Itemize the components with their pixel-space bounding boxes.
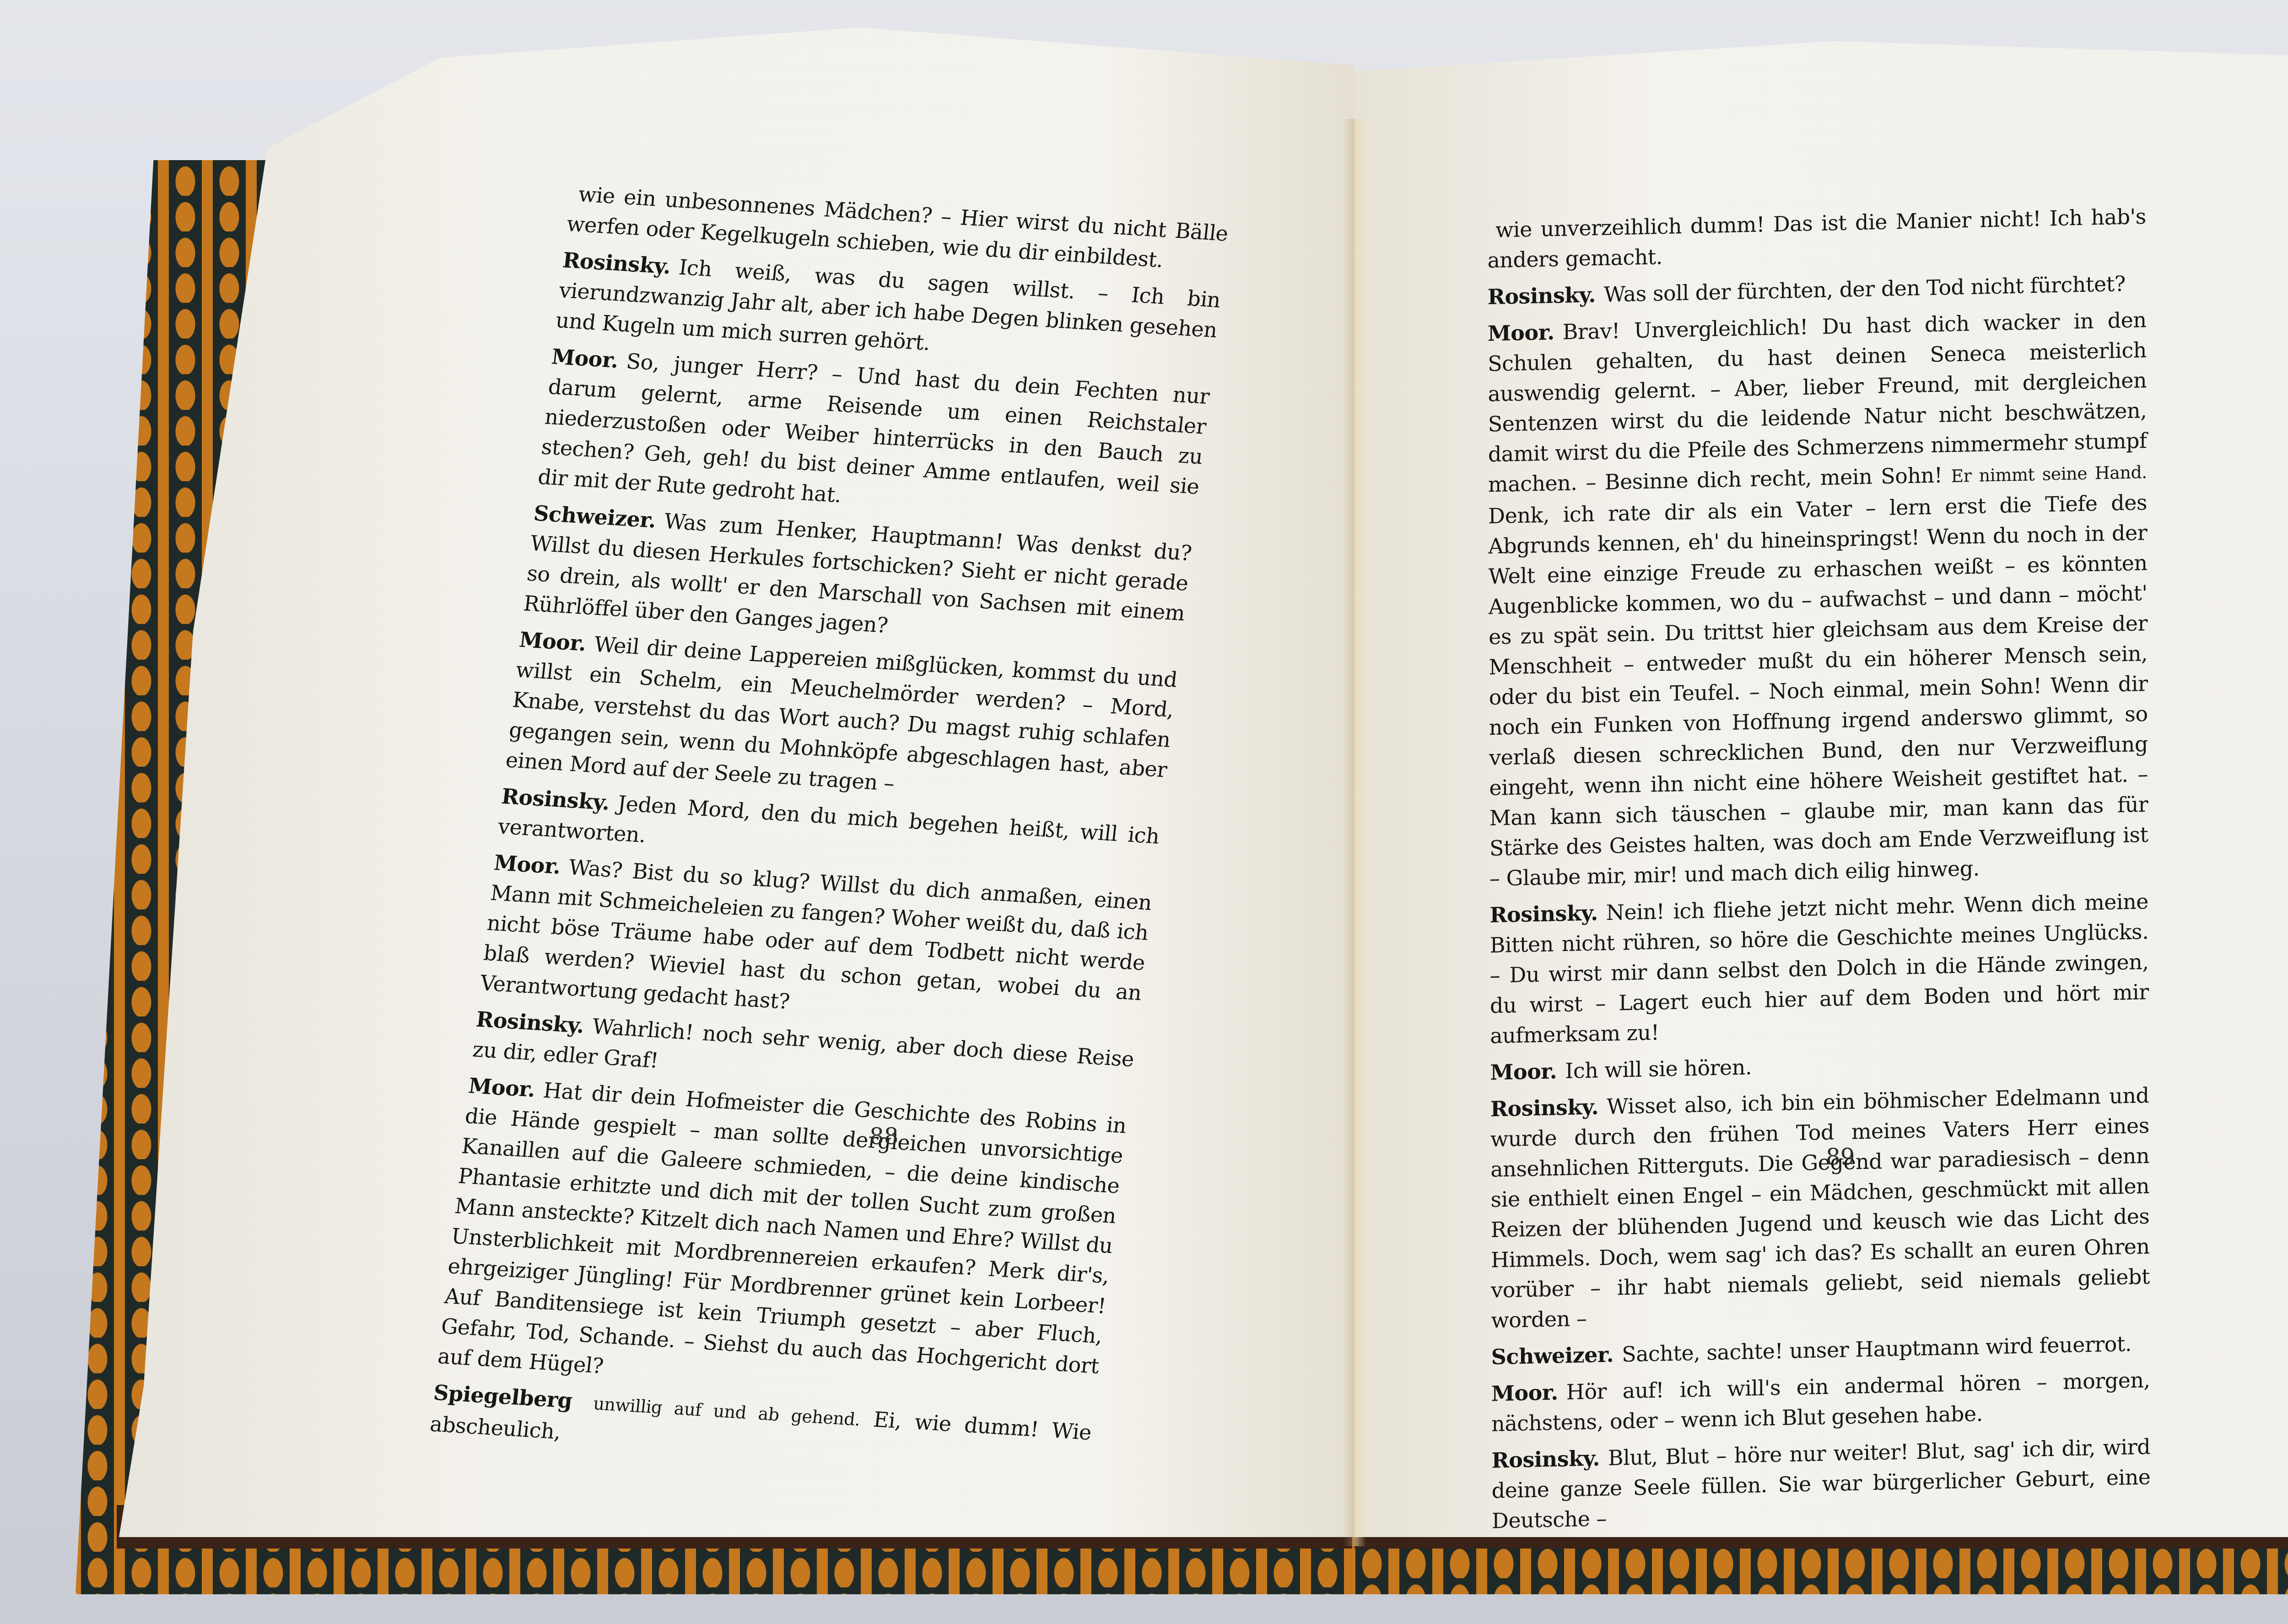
paragraph: Moor.Ich will sie hören. (1490, 1043, 2149, 1087)
paragraph-text: So, junger Herr? – Und hast du dein Fech… (537, 349, 1211, 507)
right-page-text: wie unverzeihlich dumm! Das ist die Mani… (1487, 201, 2151, 1543)
speaker-name: Rosinsky. (475, 1007, 586, 1038)
paragraph-text: Wisset also, ich bin ein böhmischer Edel… (1490, 1083, 2150, 1333)
page-number-right: 89 (1826, 1144, 1855, 1170)
stage-direction: Er nimmt seine Hand. (1951, 462, 2147, 486)
speaker-name: Moor. (518, 627, 588, 656)
paragraph: Moor.So, junger Herr? – Und hast du dein… (536, 341, 1211, 532)
paragraph: Moor.Weil dir deine Lappereien mißglücke… (504, 624, 1179, 815)
speaker-name: Spiegelberg (432, 1380, 574, 1413)
paragraph-text: wie unverzeihlich dumm! Das ist die Mani… (1487, 204, 2146, 273)
paragraph: Rosinsky.Blut, Blut – höre nur weiter! B… (1491, 1431, 2150, 1536)
speaker-name: Rosinsky. (1488, 282, 1596, 309)
speaker-name: Schweizer. (1491, 1342, 1614, 1370)
paragraph: Schweizer.Sachte, sachte! unser Hauptman… (1491, 1328, 2150, 1372)
paragraph: Moor.Brav! Unvergleichlich! Du hast dich… (1488, 305, 2148, 893)
paragraph-text: Ich will sie hören. (1565, 1054, 1752, 1083)
paragraph-text: Weil dir deine Lappereien mißglücken, ko… (504, 632, 1178, 796)
paragraph: Moor.Hör auf! ich will's ein andermal hö… (1491, 1365, 2150, 1439)
speaker-name: Rosinsky. (1490, 1094, 1599, 1121)
speaker-name: Moor. (1488, 320, 1554, 346)
paragraph-text: Hat dir dein Hofmeister die Geschichte d… (437, 1078, 1128, 1378)
stage-direction: unwillig auf und ab gehend. (592, 1393, 861, 1430)
paragraph: Moor.Hat dir dein Hofmeister die Geschic… (436, 1070, 1128, 1411)
paragraph-text: Hör auf! ich will's ein andermal hören –… (1491, 1367, 2150, 1436)
paragraph: Rosinsky.Wisset also, ich bin ein böhmis… (1490, 1080, 2150, 1335)
speaker-name: Schweizer. (533, 500, 658, 532)
paragraph-text: Denk, ich rate dir als ein Vater – lern … (1488, 490, 2148, 891)
speaker-name: Moor. (493, 850, 562, 879)
speaker-name: Moor. (1490, 1059, 1557, 1085)
speaker-name: Rosinsky. (1489, 900, 1598, 927)
book-gutter (1343, 119, 1366, 1546)
page-number-left: 88 (869, 1123, 899, 1150)
paragraph: Rosinsky.Was soll der fürchten, der den … (1488, 268, 2147, 312)
paragraph: Moor.Was? Bist du so klug? Willst du dic… (479, 848, 1154, 1038)
paragraph-text: Sachte, sachte! unser Hauptmann wird feu… (1622, 1331, 2132, 1366)
paragraph: Rosinsky.Nein! ich fliehe jetzt nicht me… (1489, 886, 2149, 1051)
speaker-name: Moor. (550, 344, 620, 373)
paragraph-text: Was? Bist du so klug? Willst du dich anm… (479, 855, 1153, 1014)
speaker-name: Rosinsky. (1491, 1446, 1600, 1473)
speaker-name: Rosinsky. (500, 784, 611, 815)
paragraph-text: Was soll der fürchten, der den Tod nicht… (1604, 271, 2126, 307)
speaker-name: Moor. (467, 1073, 537, 1102)
speaker-name: Moor. (1491, 1380, 1558, 1406)
speaker-name: Rosinsky. (561, 247, 672, 279)
